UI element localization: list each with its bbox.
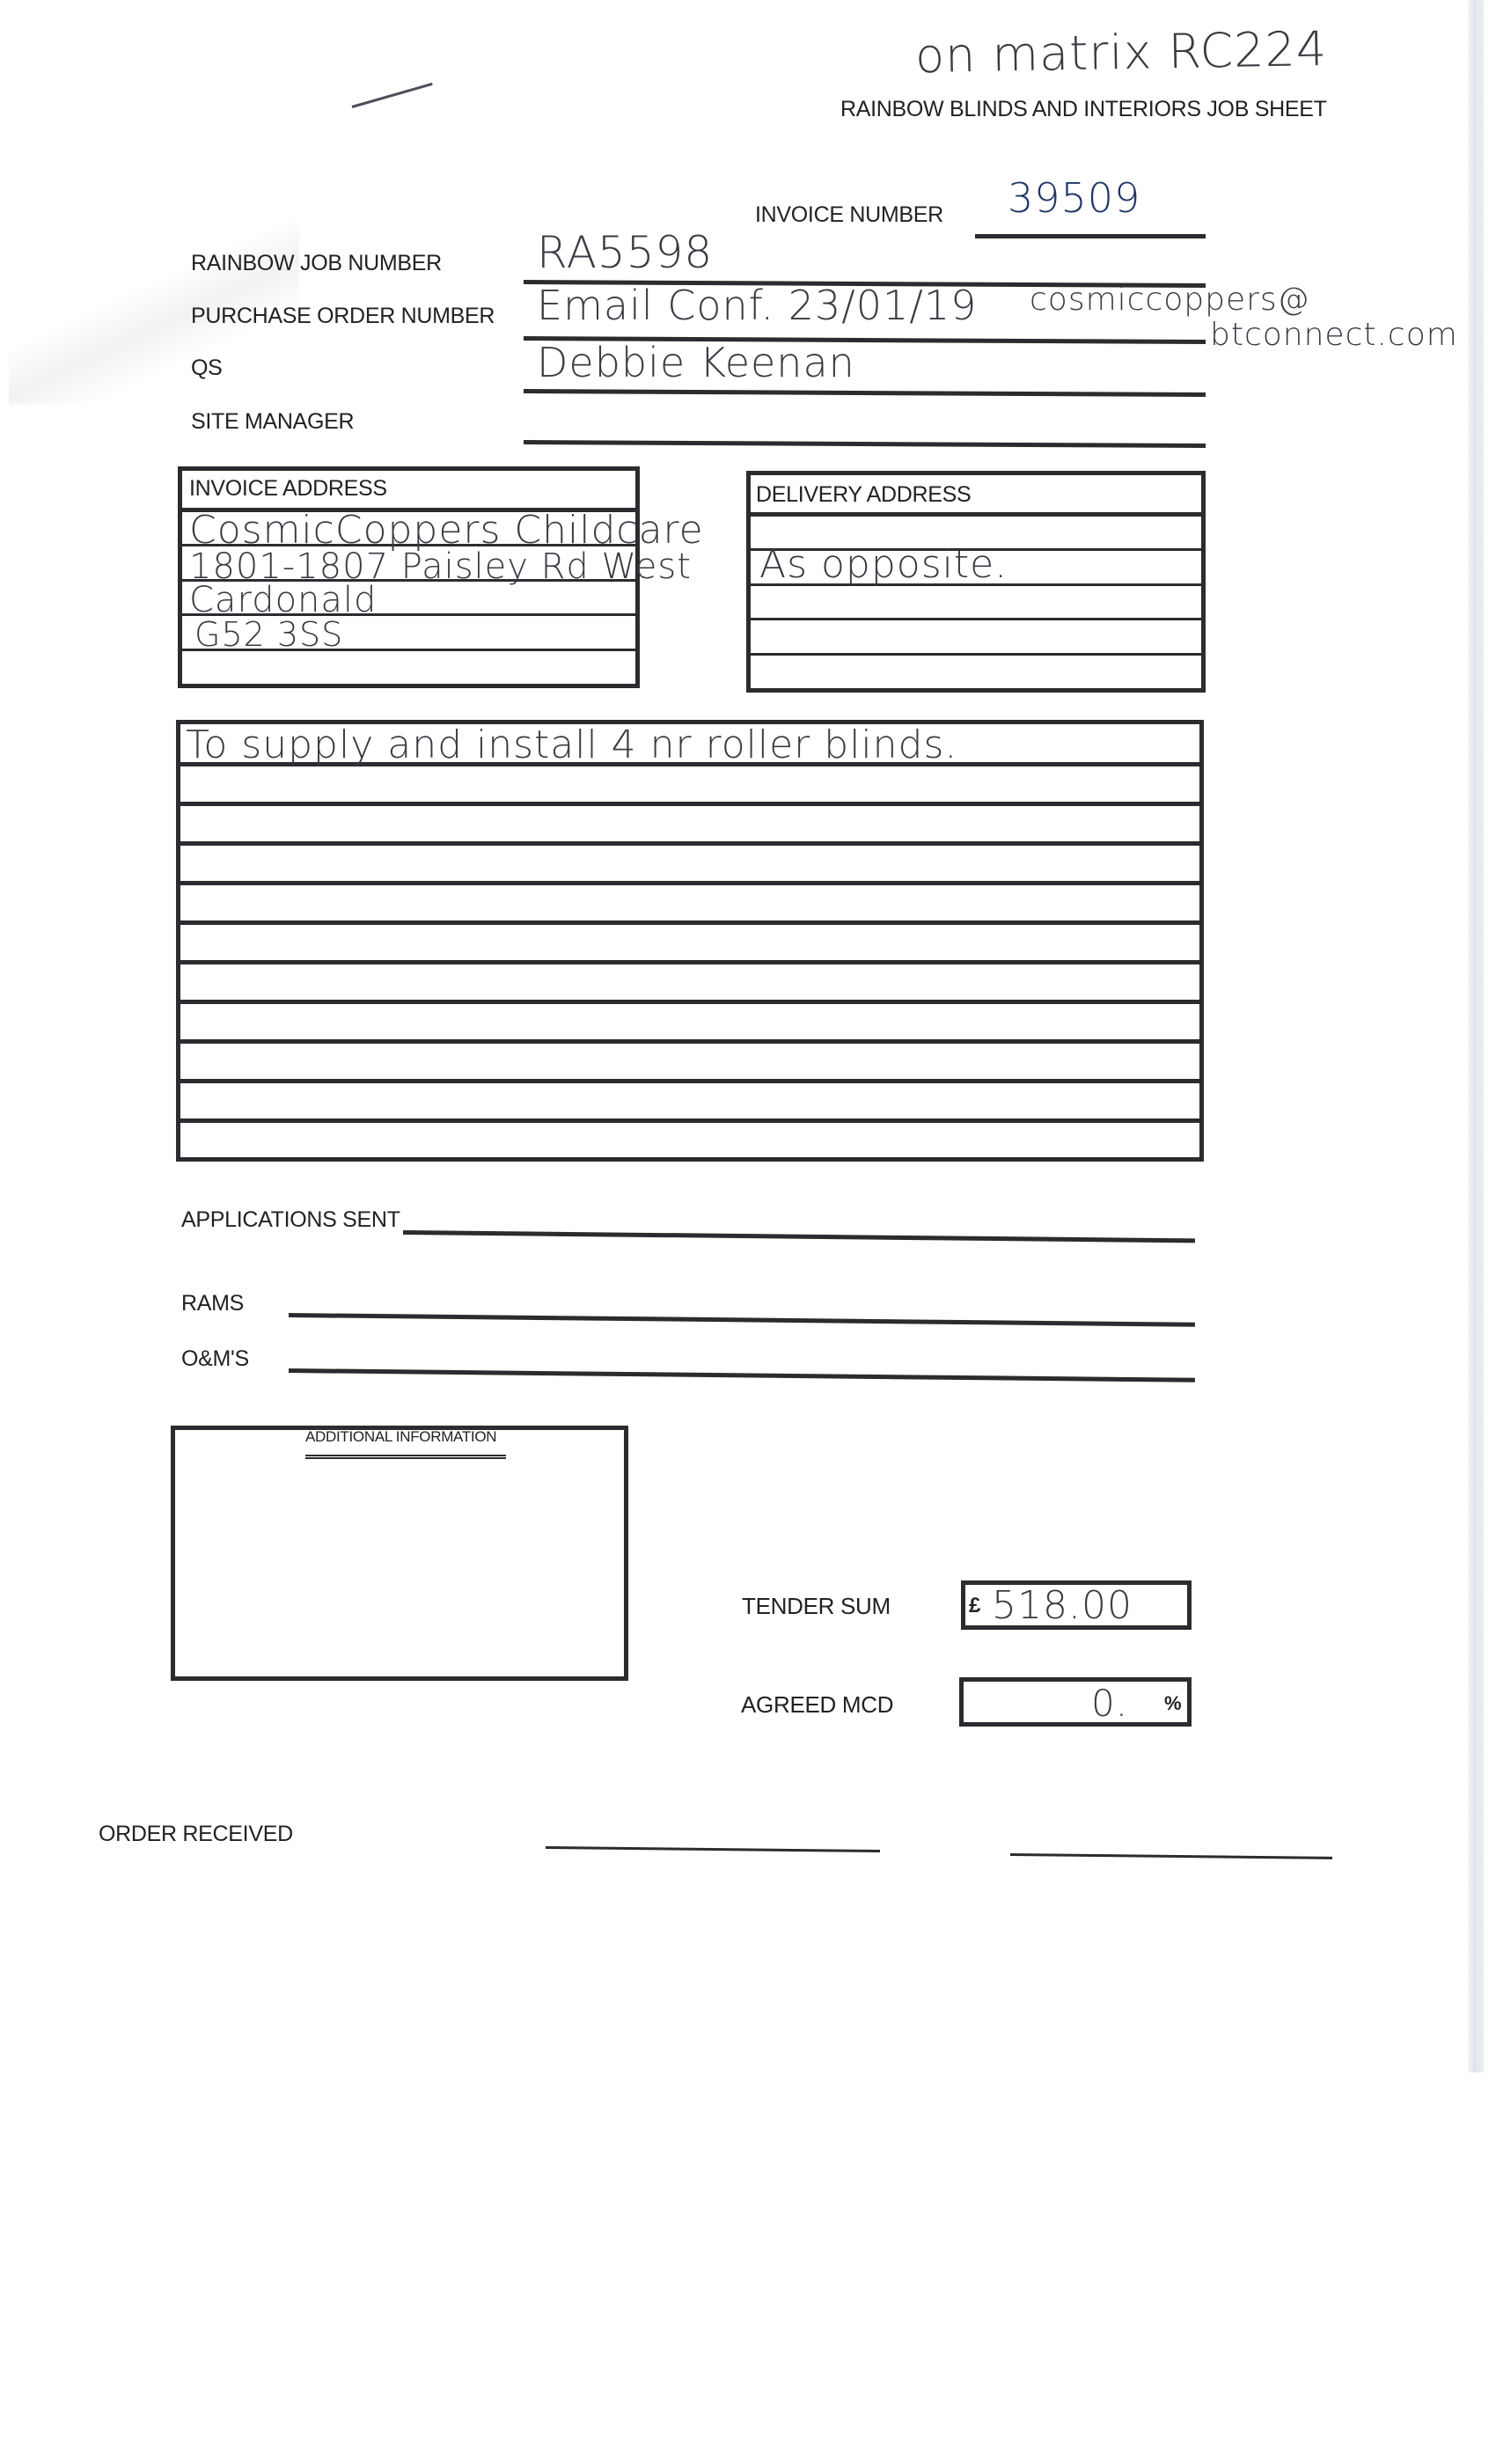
row-divider xyxy=(751,618,1201,620)
additional-info-underline xyxy=(305,1455,506,1459)
invoice-number-value[interactable]: 39509 xyxy=(1008,174,1140,222)
delivery-address-label: DELIVERY ADDRESS xyxy=(756,482,971,508)
invoice-number-line xyxy=(975,234,1206,238)
po-number-label: PURCHASE ORDER NUMBER xyxy=(191,304,495,329)
row-divider xyxy=(751,653,1201,656)
tender-sum-value: 518.00 xyxy=(992,1583,1133,1628)
delivery-address-box: DELIVERY ADDRESS As opposite. xyxy=(746,471,1206,693)
job-number-label: RAINBOW JOB NUMBER xyxy=(191,251,442,276)
row-divider xyxy=(180,960,1199,964)
rams-label: RAMS xyxy=(181,1291,244,1316)
handwritten-top-note: on matrix RC224 xyxy=(914,21,1327,84)
oms-label: O&M'S xyxy=(181,1346,249,1372)
delivery-address-line-2[interactable]: As opposite. xyxy=(759,542,1008,587)
row-divider xyxy=(180,802,1199,806)
job-description-box: To supply and install 4 nr roller blinds… xyxy=(176,720,1204,1162)
tender-sum-label: TENDER SUM xyxy=(742,1593,891,1620)
row-divider xyxy=(180,1079,1199,1083)
applications-sent-line xyxy=(403,1230,1195,1243)
po-email-note-1: cosmiccoppers@ xyxy=(1030,282,1310,318)
oms-line xyxy=(289,1368,1195,1382)
agreed-mcd-field[interactable]: 0. % xyxy=(959,1677,1192,1727)
invoice-address-line-4[interactable]: G52 3SS xyxy=(194,615,343,654)
scan-page-edge xyxy=(1468,0,1484,2072)
qs-line xyxy=(524,389,1206,397)
invoice-number-label: INVOICE NUMBER xyxy=(755,202,943,228)
order-received-line-1 xyxy=(546,1846,880,1852)
qs-label: QS xyxy=(191,356,223,381)
qs-value[interactable]: Debbie Keenan xyxy=(537,339,855,386)
row-divider xyxy=(180,881,1199,885)
order-received-label: ORDER RECEIVED xyxy=(99,1822,293,1847)
agreed-mcd-value: 0. xyxy=(1091,1682,1128,1725)
site-manager-line xyxy=(524,440,1206,448)
invoice-address-box: INVOICE ADDRESS CosmicCoppers Childcare … xyxy=(178,466,640,688)
applications-sent-label: APPLICATIONS SENT xyxy=(181,1207,400,1233)
percent-sign: % xyxy=(1164,1692,1181,1715)
row-divider xyxy=(180,1039,1199,1044)
delivery-address-header-line xyxy=(751,512,1201,517)
row-divider xyxy=(180,1118,1199,1123)
row-divider xyxy=(180,841,1199,846)
job-description-line-1[interactable]: To supply and install 4 nr roller blinds… xyxy=(186,722,957,767)
po-number-value[interactable]: Email Conf. 23/01/19 xyxy=(537,282,977,329)
agreed-mcd-label: AGREED MCD xyxy=(741,1691,893,1719)
additional-info-label: ADDITIONAL INFORMATION xyxy=(305,1428,496,1446)
tender-sum-field[interactable]: £ 518.00 xyxy=(961,1580,1192,1630)
order-received-line-2 xyxy=(1010,1853,1332,1859)
site-manager-label: SITE MANAGER xyxy=(191,409,354,435)
row-divider xyxy=(180,1000,1199,1004)
job-number-value[interactable]: RA5598 xyxy=(537,227,713,278)
currency-symbol: £ xyxy=(969,1594,980,1618)
pen-mark xyxy=(352,83,433,108)
page-title: RAINBOW BLINDS AND INTERIORS JOB SHEET xyxy=(840,97,1327,122)
po-email-note-2: btconnect.com xyxy=(1210,317,1458,353)
invoice-address-label: INVOICE ADDRESS xyxy=(189,476,387,502)
rams-line xyxy=(289,1313,1195,1327)
row-divider xyxy=(180,920,1199,925)
additional-info-box[interactable]: ADDITIONAL INFORMATION xyxy=(171,1426,628,1681)
